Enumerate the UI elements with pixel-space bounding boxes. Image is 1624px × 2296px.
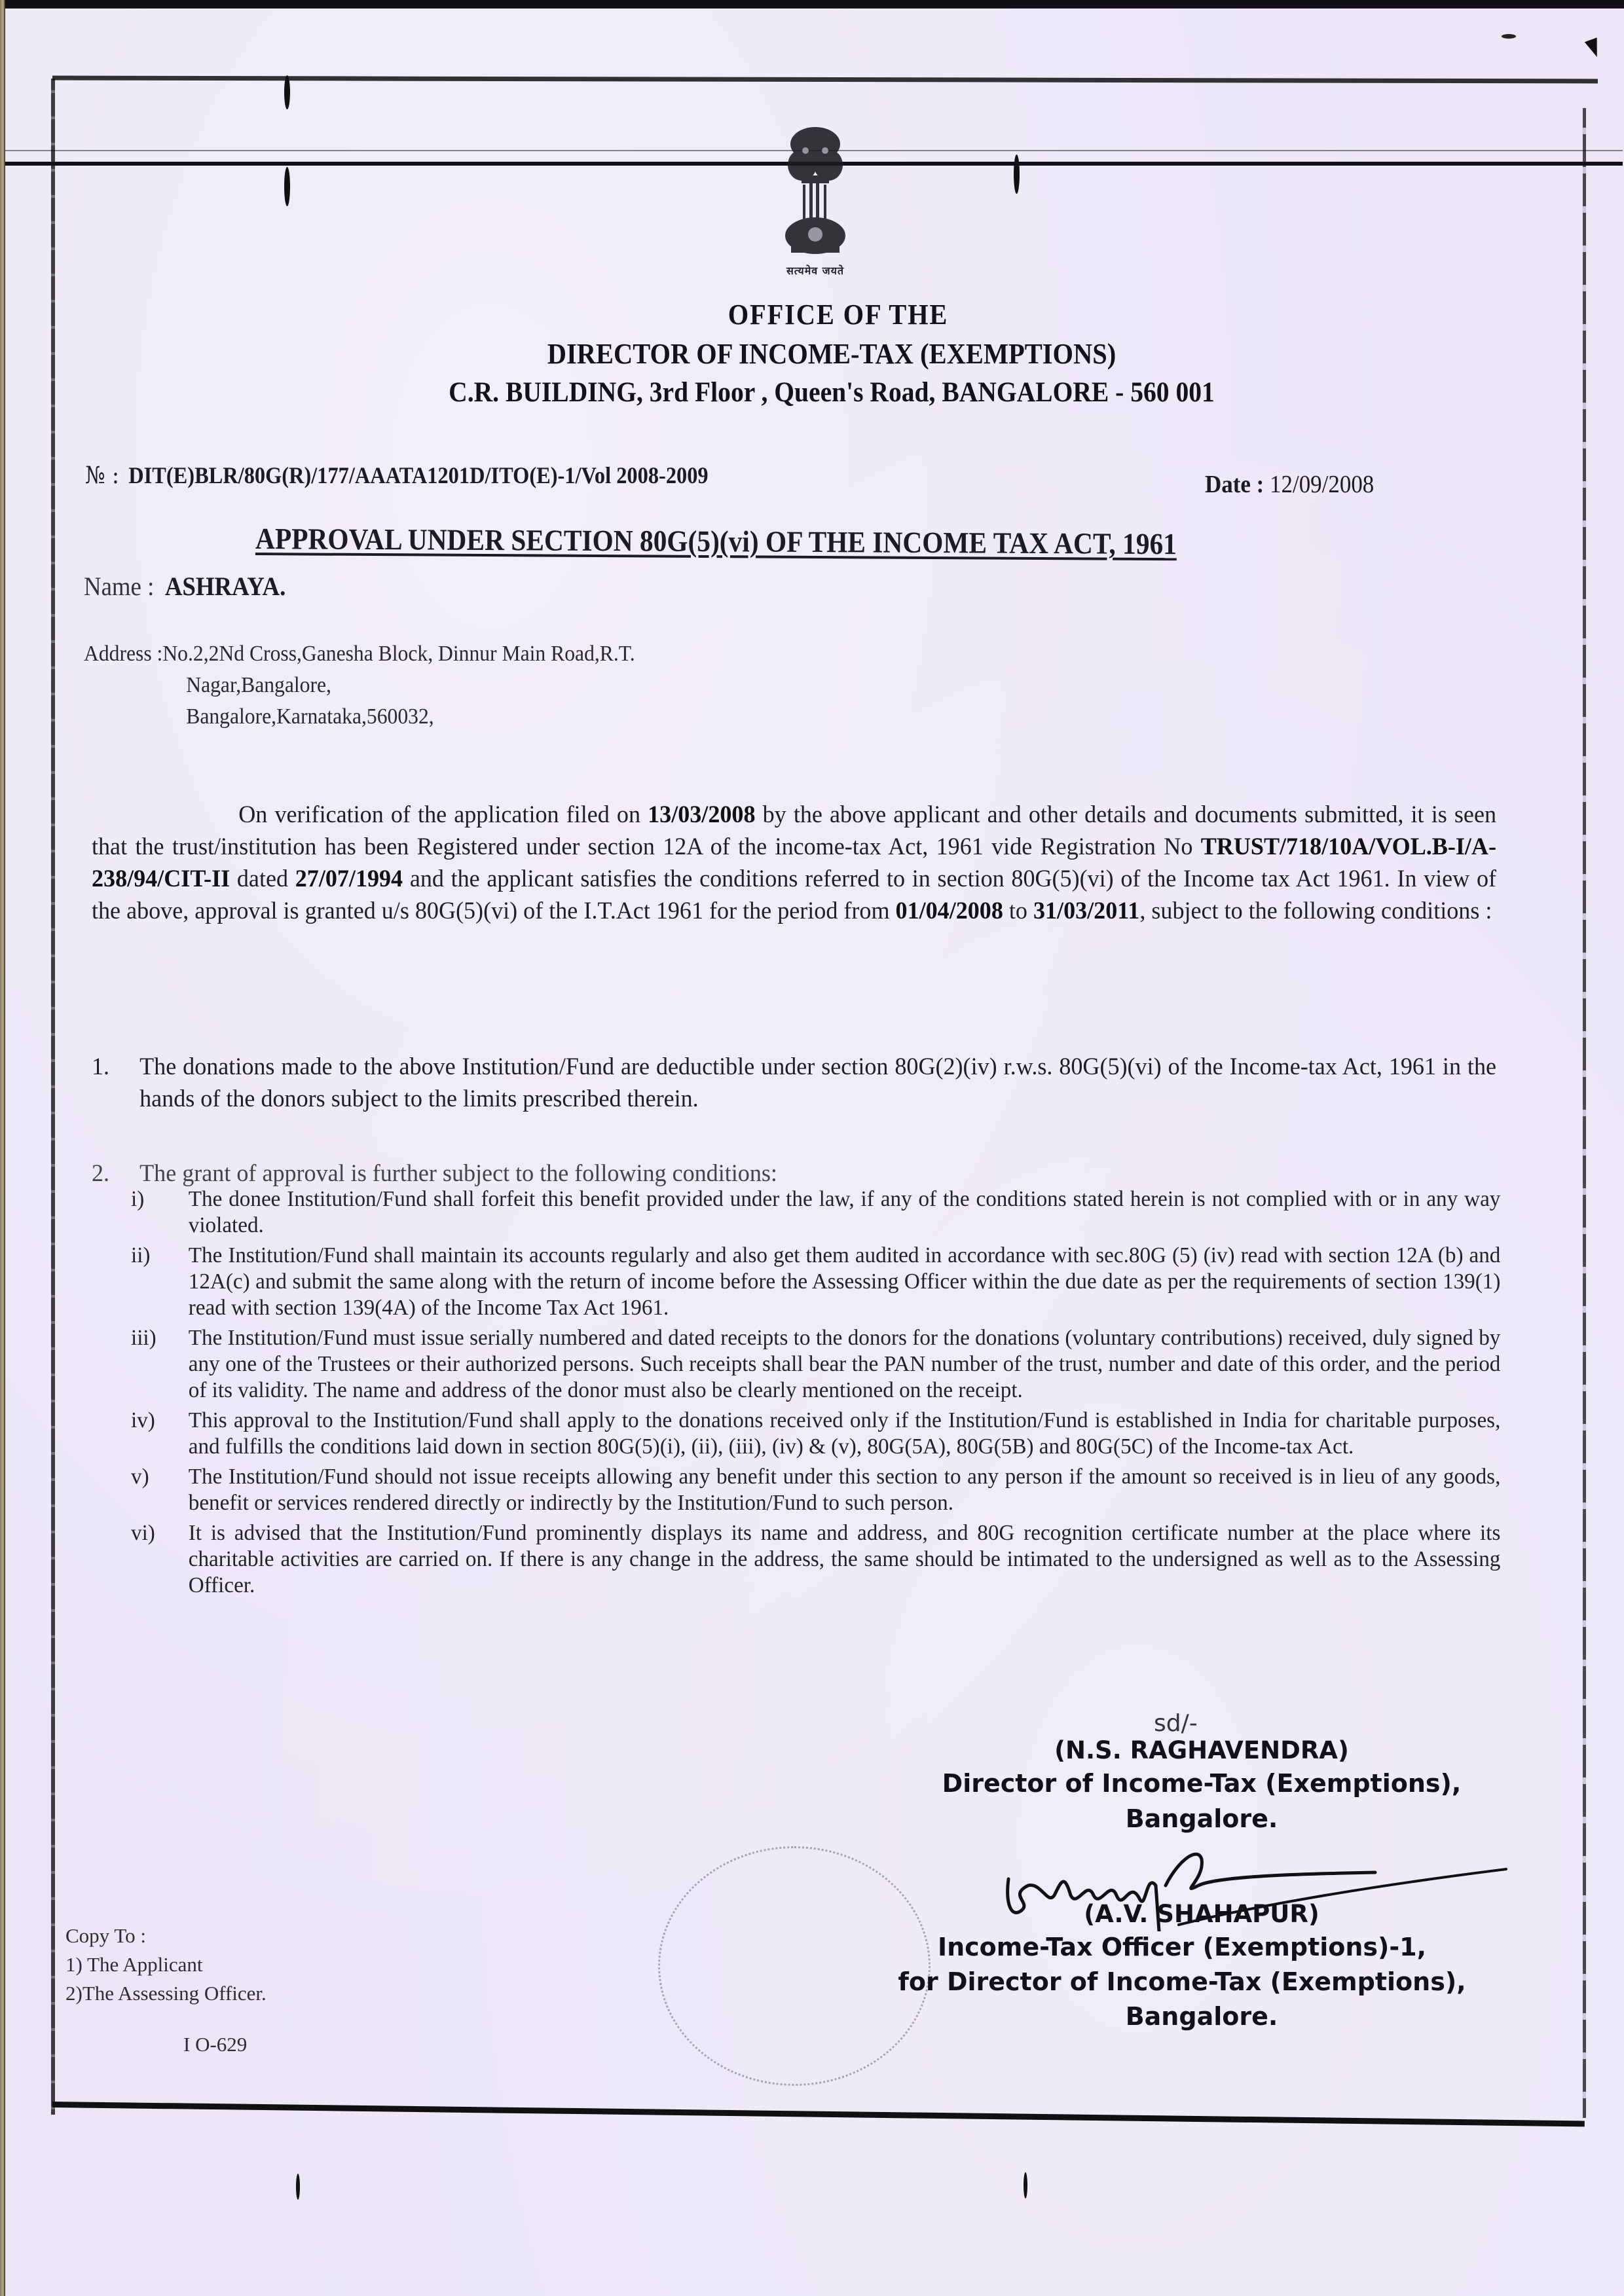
condition-number: 1. bbox=[92, 1051, 109, 1083]
punch-mark bbox=[296, 2174, 300, 2200]
sub-condition-number: ii) bbox=[131, 1243, 150, 1269]
director-heading: DIRECTOR OF INCOME-TAX (EXEMPTIONS) bbox=[84, 337, 1579, 371]
officer-on-behalf-of: for Director of Income-Tax (Exemptions), bbox=[812, 1967, 1552, 1996]
punch-mark bbox=[284, 75, 290, 109]
sub-condition: vi) It is advised that the Institution/F… bbox=[131, 1520, 1500, 1599]
punch-mark bbox=[284, 167, 290, 206]
address-line-3: Bangalore,Karnataka,560032, bbox=[84, 701, 635, 733]
approval-paragraph: On verification of the application filed… bbox=[92, 799, 1496, 927]
signed-mark: sd/- bbox=[1154, 1710, 1198, 1737]
punch-mark bbox=[1014, 155, 1020, 194]
sub-condition-number: vi) bbox=[131, 1520, 155, 1546]
sub-condition-text: The Institution/Fund must issue serially… bbox=[189, 1326, 1501, 1402]
address-line: Address :No.2,2Nd Cross,Ganesha Block, D… bbox=[84, 638, 635, 670]
sub-conditions-list: i) The donee Institution/Fund shall forf… bbox=[131, 1186, 1500, 1603]
frame-line-right bbox=[1583, 108, 1586, 2118]
officer-city: Bangalore. bbox=[832, 2002, 1572, 2031]
office-heading: OFFICE OF THE bbox=[91, 298, 1585, 331]
paragraph-text: to bbox=[1003, 898, 1033, 924]
national-emblem: सत्यमेव जयते bbox=[773, 124, 858, 288]
sub-condition: v) The Institution/Fund should not issue… bbox=[131, 1464, 1500, 1516]
address-line-1: No.2,2Nd Cross,Ganesha Block, Dinnur Mai… bbox=[162, 642, 635, 666]
sub-condition-text: The donee Institution/Fund shall forfeit… bbox=[189, 1187, 1501, 1237]
sub-condition-number: iv) bbox=[131, 1408, 155, 1434]
sub-condition: iii) The Institution/Fund must issue ser… bbox=[131, 1325, 1500, 1404]
paragraph-text: , subject to the following conditions : bbox=[1139, 898, 1492, 924]
period-from: 01/04/2008 bbox=[896, 898, 1003, 924]
punch-mark bbox=[1024, 2172, 1027, 2198]
sub-condition: i) The donee Institution/Fund shall forf… bbox=[131, 1186, 1500, 1239]
document-title: APPROVAL UNDER SECTION 80G(5)(vi) OF THE… bbox=[255, 521, 1177, 561]
paragraph-text: On verification of the application filed… bbox=[238, 801, 648, 828]
sub-condition-number: iii) bbox=[131, 1325, 157, 1351]
director-city: Bangalore. bbox=[832, 1804, 1572, 1833]
scanner-edge-left bbox=[0, 0, 5, 2296]
scan-mark bbox=[1502, 34, 1516, 39]
sub-condition-number: v) bbox=[131, 1464, 149, 1490]
sub-condition-text: This approval to the Institution/Fund sh… bbox=[189, 1408, 1501, 1459]
period-to: 31/03/2011 bbox=[1033, 898, 1139, 924]
office-seal-stamp bbox=[658, 1846, 931, 2086]
paragraph-text: dated bbox=[230, 866, 295, 892]
order-date: Date : 12/09/2008 bbox=[1205, 470, 1374, 499]
condition-2: 2. The grant of approval is further subj… bbox=[92, 1157, 1496, 1190]
condition-text: The donations made to the above Institut… bbox=[139, 1051, 1496, 1115]
name-value: ASHRAYA. bbox=[165, 572, 286, 601]
application-date: 13/03/2008 bbox=[648, 801, 755, 828]
office-address: C.R. BUILDING, 3rd Floor , Queen's Road,… bbox=[84, 376, 1579, 409]
national-emblem-icon bbox=[773, 124, 858, 262]
emblem-motto: सत्यमेव जयते bbox=[773, 263, 858, 278]
scanner-edge-top bbox=[0, 0, 1624, 9]
condition-number: 2. bbox=[92, 1157, 109, 1190]
copy-to-block: Copy To : 1) The Applicant 2)The Assessi… bbox=[65, 1922, 267, 2059]
officer-title: Income-Tax Officer (Exemptions)-1, bbox=[812, 1933, 1552, 1961]
applicant-address: Address :No.2,2Nd Cross,Ganesha Block, D… bbox=[84, 638, 635, 733]
date-value: 12/09/2008 bbox=[1270, 471, 1374, 498]
address-label: Address : bbox=[84, 642, 162, 666]
condition-1: 1. The donations made to the above Insti… bbox=[92, 1051, 1496, 1115]
sub-condition: iv) This approval to the Institution/Fun… bbox=[131, 1408, 1500, 1460]
sub-condition-text: The Institution/Fund shall maintain its … bbox=[189, 1243, 1501, 1320]
reference-number: № :DIT(E)BLR/80G(R)/177/AAATA1201D/ITO(E… bbox=[85, 462, 709, 489]
frame-line-left bbox=[51, 79, 55, 2115]
copy-recipient: 1) The Applicant bbox=[65, 1950, 267, 1979]
sub-condition: ii) The Institution/Fund shall maintain … bbox=[131, 1243, 1500, 1321]
condition-text: The grant of approval is further subject… bbox=[139, 1157, 1496, 1190]
reference-label: № : bbox=[85, 462, 119, 489]
address-line-2: Nagar,Bangalore, bbox=[84, 670, 635, 701]
director-name: (N.S. RAGHAVENDRA) bbox=[832, 1736, 1572, 1764]
date-label: Date : bbox=[1205, 471, 1264, 498]
registration-date: 27/07/1994 bbox=[295, 866, 403, 892]
copy-to-heading: Copy To : bbox=[65, 1922, 267, 1950]
applicant-name: Name : ASHRAYA. bbox=[84, 571, 286, 602]
director-title: Director of Income-Tax (Exemptions), bbox=[832, 1769, 1572, 1798]
officer-name: (A.V. SHAHAPUR) bbox=[832, 1900, 1572, 1928]
sub-condition-text: The Institution/Fund should not issue re… bbox=[189, 1465, 1501, 1515]
copy-recipient: 2)The Assessing Officer. bbox=[65, 1979, 267, 2008]
sub-condition-number: i) bbox=[131, 1186, 144, 1212]
name-label: Name : bbox=[84, 572, 154, 601]
sub-condition-text: It is advised that the Institution/Fund … bbox=[189, 1521, 1501, 1597]
internal-reference-code: I O-629 bbox=[65, 2030, 267, 2059]
reference-value: DIT(E)BLR/80G(R)/177/AAATA1201D/ITO(E)-1… bbox=[128, 462, 708, 488]
